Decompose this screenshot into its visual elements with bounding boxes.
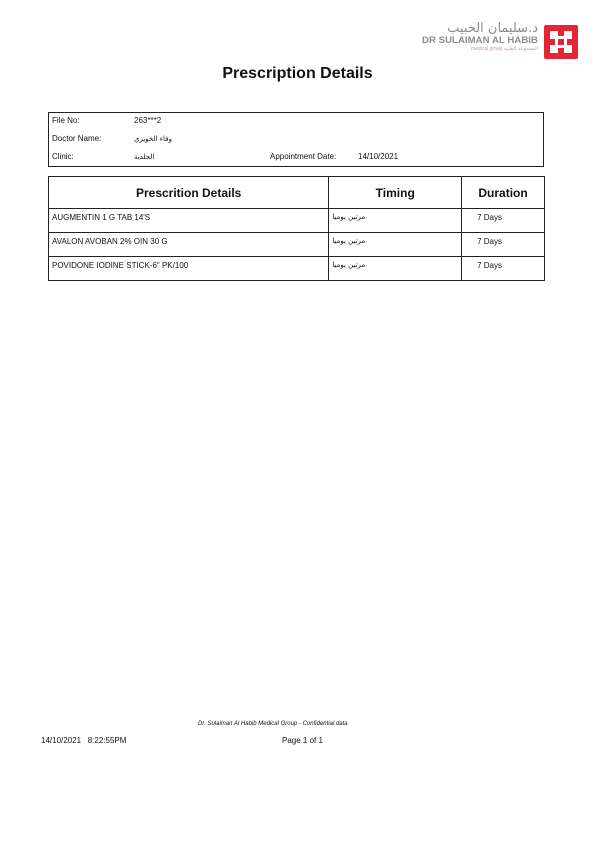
doctor-name-value: وفاء الخويري <box>134 133 172 145</box>
appointment-date-value: 14/10/2021 <box>358 151 398 163</box>
table-row: AUGMENTIN 1 G TAB 14'S مرتين يوميا 7 Day… <box>49 209 545 233</box>
file-no-value: 263***2 <box>134 115 161 127</box>
patient-info-box: File No: 263***2 Doctor Name: وفاء الخوي… <box>48 112 544 167</box>
logo-english-name: DR SULAIMAN AL HABIB <box>422 36 538 46</box>
clinic-label: Clinic: <box>52 151 74 163</box>
appointment-date-label: Appointment Date: <box>270 151 336 163</box>
logo-text: د.سليمان الحبيب DR SULAIMAN AL HABIB med… <box>422 22 538 52</box>
prescription-table: Prescrition Details Timing Duration AUGM… <box>48 176 545 281</box>
header-duration: Duration <box>462 177 545 209</box>
logo-subtitle: medical group المجموعة الطبية <box>422 47 538 52</box>
table-header-row: Prescrition Details Timing Duration <box>49 177 545 209</box>
medication-timing: مرتين يوميا <box>329 209 462 233</box>
printed-timestamp: 14/10/2021 8:22:55PM <box>41 736 126 745</box>
header-timing: Timing <box>329 177 462 209</box>
medication-duration: 7 Days <box>462 209 545 233</box>
table-row: AVALON AVOBAN 2% OIN 30 G مرتين يوميا 7 … <box>49 233 545 257</box>
header-prescription-details: Prescrition Details <box>49 177 329 209</box>
medication-timing: مرتين يوميا <box>329 257 462 281</box>
medication-duration: 7 Days <box>462 257 545 281</box>
medication-duration: 7 Days <box>462 233 545 257</box>
page-number: Page 1 of 1 <box>282 736 323 745</box>
page-title: Prescription Details <box>0 65 595 83</box>
medication-name: AUGMENTIN 1 G TAB 14'S <box>49 209 329 233</box>
brand-logo: د.سليمان الحبيب DR SULAIMAN AL HABIB med… <box>408 22 578 62</box>
medication-timing: مرتين يوميا <box>329 233 462 257</box>
logo-arabic-name: د.سليمان الحبيب <box>422 22 538 35</box>
clinic-value: الجلدية <box>134 151 154 163</box>
medication-name: POVIDONE IODINE STICK-6" PK/100 <box>49 257 329 281</box>
red-cross-logo-icon <box>544 25 578 59</box>
confidential-notice: Dr. Sulaiman Al Habib Medical Group - Co… <box>198 721 348 727</box>
file-no-label: File No: <box>52 115 80 127</box>
doctor-name-label: Doctor Name: <box>52 133 101 145</box>
table-row: POVIDONE IODINE STICK-6" PK/100 مرتين يو… <box>49 257 545 281</box>
medication-name: AVALON AVOBAN 2% OIN 30 G <box>49 233 329 257</box>
